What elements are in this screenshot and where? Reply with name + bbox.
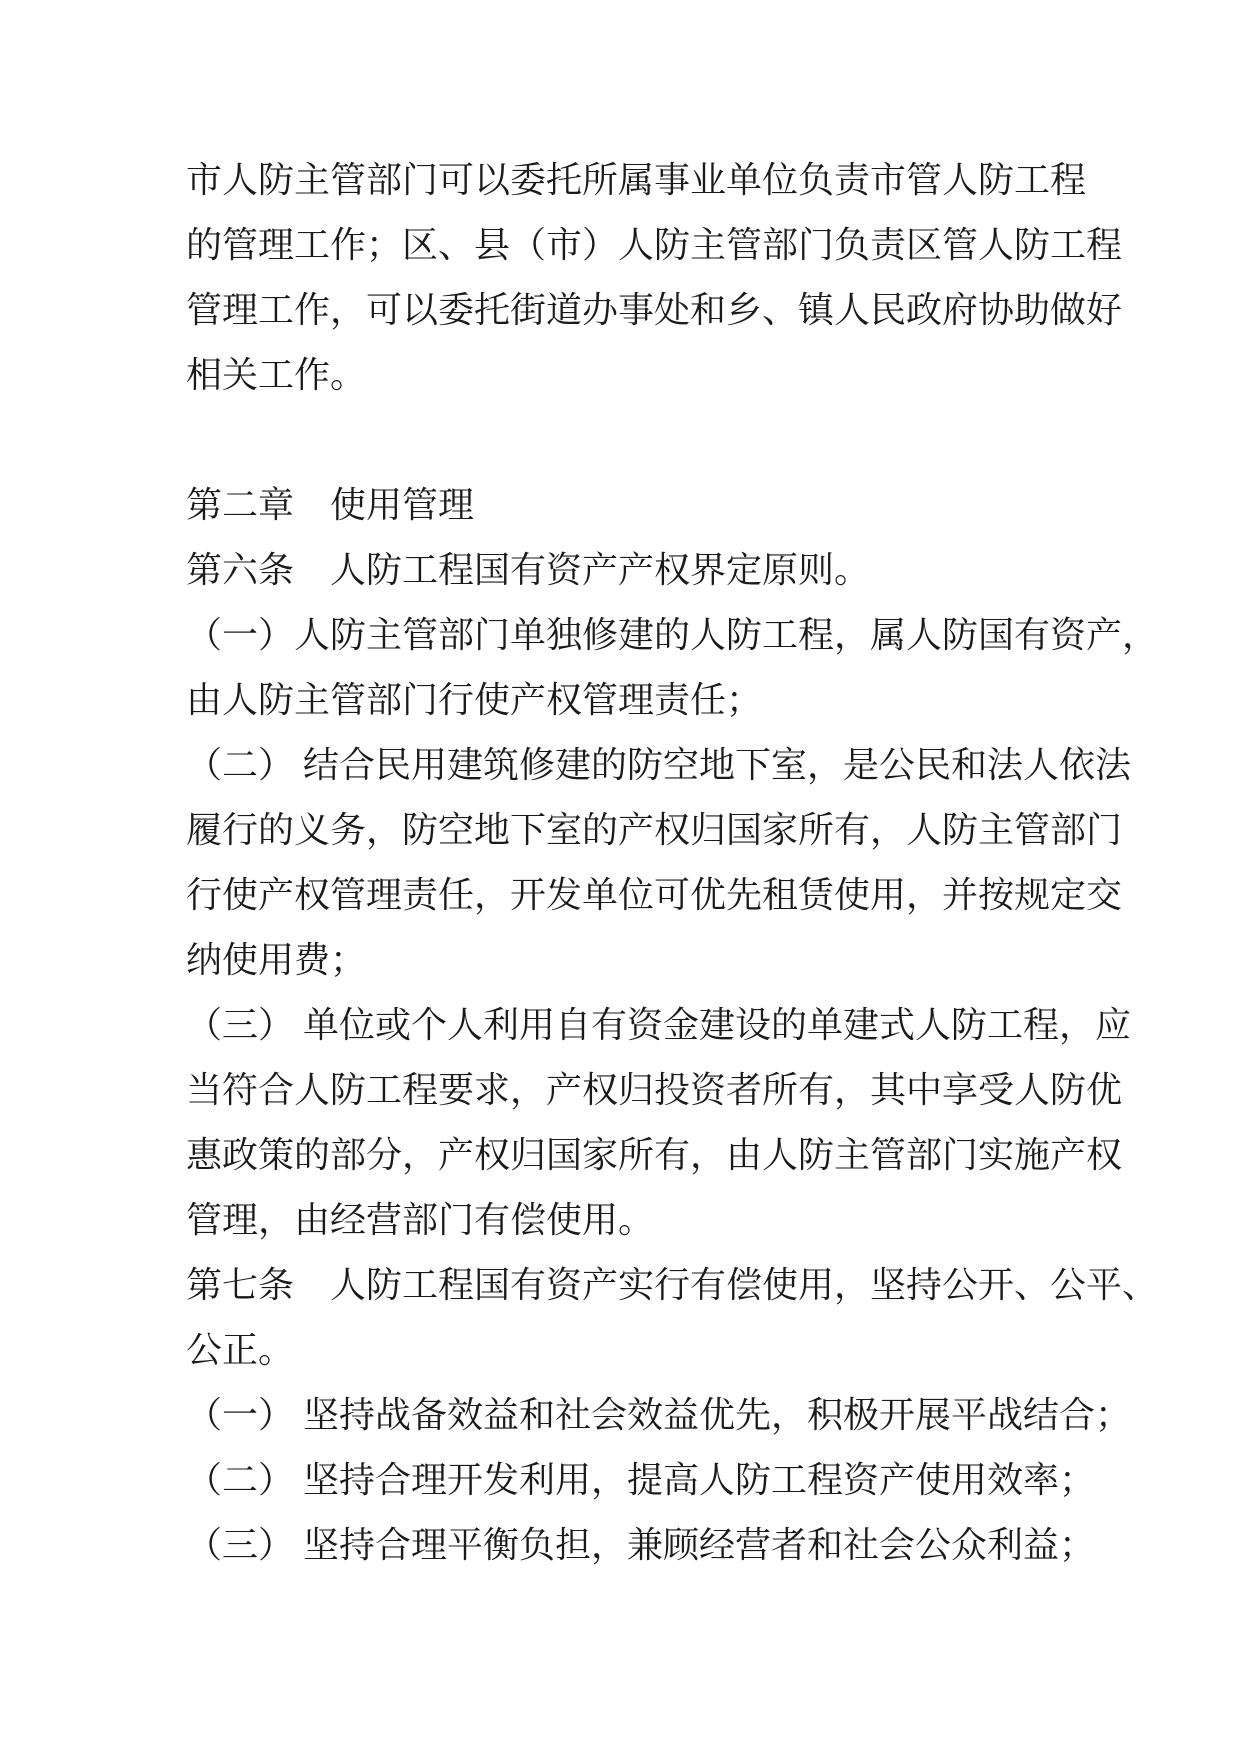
article-6-item-3-line-4: 管理，由经营部门有偿使用。 [186,1188,1186,1253]
article-7-opening-line-1: 第七条 人防工程国有资产实行有偿使用，坚持公开、公平、 [186,1253,1186,1318]
article-7-item-1-line: （一） 坚持战备效益和社会效益优先，积极开展平战结合； [186,1383,1186,1448]
article-6-opening-line: 第六条 人防工程国有资产产权界定原则。 [186,538,1186,603]
article-6-item-1-line-2: 由人防主管部门行使产权管理责任； [186,668,1186,733]
article-7-opening-line-2: 公正。 [186,1318,1186,1383]
text-content: 市人防主管部门可以委托所属事业单位负责市管人防工程 的管理工作；区、县（市）人防… [186,148,1186,1578]
article-6-item-2-line-4: 纳使用费； [186,928,1186,993]
article-6-item-3-line-2: 当符合人防工程要求，产权归投资者所有，其中享受人防优 [186,1058,1186,1123]
blank-line [186,408,1186,473]
article-6-item-1-line-1: （一）人防主管部门单独修建的人防工程，属人防国有资产， [186,603,1186,668]
article-6-item-2-line-2: 履行的义务，防空地下室的产权归国家所有，人防主管部门 [186,798,1186,863]
article-6-item-2-line-3: 行使产权管理责任，开发单位可优先租赁使用，并按规定交 [186,863,1186,928]
article-6-item-3-line-3: 惠政策的部分，产权归国家所有，由人防主管部门实施产权 [186,1123,1186,1188]
article-6-item-2-line-1: （二） 结合民用建筑修建的防空地下室，是公民和法人依法 [186,733,1186,798]
article-7-item-2-line: （二） 坚持合理开发利用，提高人防工程资产使用效率； [186,1448,1186,1513]
paragraph-continuation-line-1: 市人防主管部门可以委托所属事业单位负责市管人防工程 [186,148,1186,213]
paragraph-continuation-line-2: 的管理工作；区、县（市）人防主管部门负责区管人防工程 [186,213,1186,278]
chapter-2-heading: 第二章 使用管理 [186,473,1186,538]
article-7-item-3-line: （三） 坚持合理平衡负担，兼顾经营者和社会公众利益； [186,1513,1186,1578]
document-page: 市人防主管部门可以委托所属事业单位负责市管人防工程 的管理工作；区、县（市）人防… [0,0,1241,1754]
paragraph-continuation-line-3: 管理工作，可以委托街道办事处和乡、镇人民政府协助做好 [186,278,1186,343]
article-6-item-3-line-1: （三） 单位或个人利用自有资金建设的单建式人防工程，应 [186,993,1186,1058]
paragraph-continuation-line-4: 相关工作。 [186,343,1186,408]
